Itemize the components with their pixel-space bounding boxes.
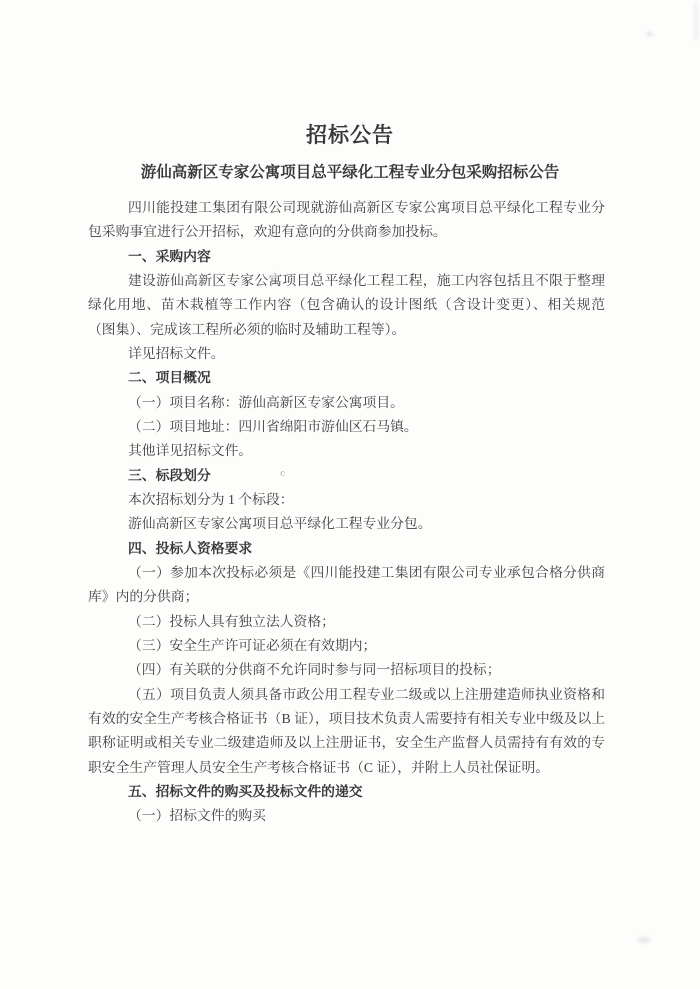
section-heading-4-qualifications: 四、投标人资格要求 <box>88 537 605 561</box>
qualification-item-1: （一）参加本次投标必须是《四川能投建工集团有限公司专业承包合格分供商库》内的分供… <box>88 561 605 610</box>
lot-name-line: 游仙高新区专家公寓项目总平绿化工程专业分包。 <box>88 512 605 536</box>
procurement-scope-paragraph: 建设游仙高新区专家公寓项目总平绿化工程工程，施工内容包括且不限于整理绿化用地、苗… <box>88 269 605 342</box>
document-title: 招标公告 <box>0 122 700 148</box>
document-body: 四川能投建工集团有限公司现就游仙高新区专家公寓项目总平绿化工程专业分包采购事宜进… <box>88 196 605 829</box>
intro-paragraph: 四川能投建工集团有限公司现就游仙高新区专家公寓项目总平绿化工程专业分包采购事宜进… <box>88 196 605 245</box>
scan-smudge <box>638 937 650 943</box>
purchase-subheading-line: （一）招标文件的购买 <box>88 804 605 828</box>
lot-count-line: 本次招标划分为 1 个标段： <box>88 488 605 512</box>
scan-smudge <box>646 32 653 36</box>
scan-smudge <box>694 2 698 40</box>
see-bid-docs-line: 详见招标文件。 <box>88 342 605 366</box>
qualification-item-5: （五）项目负责人须具备市政公用工程专业二级或以上注册建造师执业资格和有效的安全生… <box>88 683 605 780</box>
section-heading-3-lots: 三、标段划分 <box>88 464 605 488</box>
project-name-line: （一）项目名称：游仙高新区专家公寓项目。 <box>88 391 605 415</box>
section-heading-5-purchase-submit: 五、招标文件的购买及投标文件的递交 <box>88 780 605 804</box>
other-details-line: 其他详见招标文件。 <box>88 439 605 463</box>
qualification-item-4: （四）有关联的分供商不允许同时参与同一招标项目的投标； <box>88 658 605 682</box>
scanned-document-page: 招标公告 游仙高新区专家公寓项目总平绿化工程专业分包采购招标公告 四川能投建工集… <box>0 0 700 989</box>
section-heading-2-overview: 二、项目概况 <box>88 366 605 390</box>
section-heading-1-procurement: 一、采购内容 <box>88 245 605 269</box>
project-address-line: （二）项目地址：四川省绵阳市游仙区石马镇。 <box>88 415 605 439</box>
scan-smudge <box>268 274 278 278</box>
document-subtitle: 游仙高新区专家公寓项目总平绿化工程专业分包采购招标公告 <box>0 162 700 184</box>
qualification-item-3: （三）安全生产许可证必须在有效期内； <box>88 634 605 658</box>
qualification-item-2: （二）投标人具有独立法人资格； <box>88 610 605 634</box>
